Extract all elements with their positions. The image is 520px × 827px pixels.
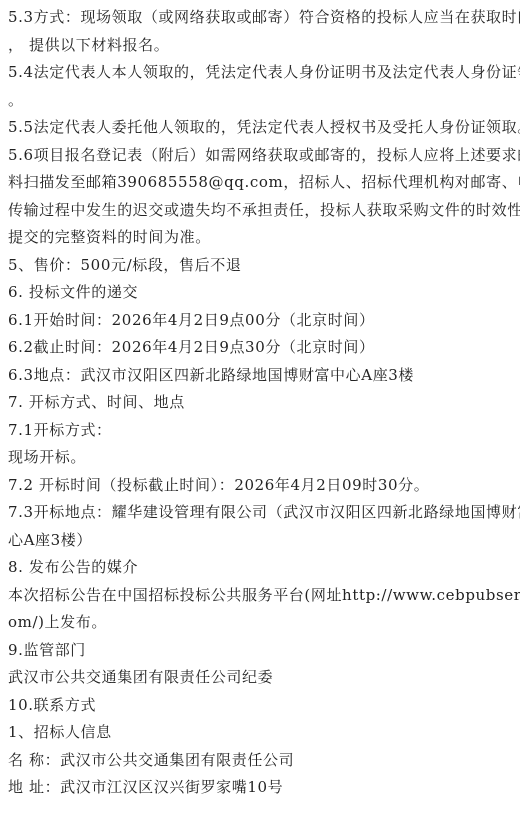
- text-line-5-6-end: 提交的完整资料的时间为准。: [8, 224, 520, 252]
- text-line-tenderer-name: 名 称：武汉市公共交通集团有限责任公司: [8, 747, 520, 775]
- text-line-6-1-start-time: 6.1开始时间：2026年4月2日9点00分（北京时间）: [8, 307, 520, 335]
- section-heading-9: 9.监管部门: [8, 637, 520, 665]
- text-line-6-3-location: 6.3地点：武汉市汉阳区四新北路绿地国博财富中心A座3楼: [8, 362, 520, 390]
- text-line-10-1: 1、招标人信息: [8, 719, 520, 747]
- text-line-5-6-email: 料扫描发至邮箱390685558@qq.com，招标人、招标代理机构对邮寄、电子…: [8, 169, 520, 197]
- section-heading-6: 6. 投标文件的递交: [8, 279, 520, 307]
- text-line-7-1-value: 现场开标。: [8, 444, 520, 472]
- text-line-5-6-cont: 传输过程中发生的迟交或遗失均不承担责任，投标人获取采购文件的时效性以: [8, 197, 520, 225]
- text-line-7-2: 7.2 开标时间（投标截止时间）：2026年4月2日09时30分。: [8, 472, 520, 500]
- section-heading-7: 7. 开标方式、时间、地点: [8, 389, 520, 417]
- text-line-7-3-cont: 心A座3楼）: [8, 527, 520, 555]
- text-line-5-3-method: 5.3方式：现场领取（或网络获取或邮寄）符合资格的投标人应当在获取时间内: [8, 4, 520, 32]
- text-line-tenderer-address: 地 址：武汉市江汉区汉兴街罗家嘴10号: [8, 774, 520, 802]
- text-line-8-cont: om/)上发布。: [8, 609, 520, 637]
- text-line-5-4-cont: 。: [8, 87, 520, 115]
- text-line-7-1: 7.1开标方式：: [8, 417, 520, 445]
- section-heading-8: 8. 发布公告的媒介: [8, 554, 520, 582]
- text-line-7-3: 7.3开标地点：耀华建设管理有限公司（武汉市汉阳区四新北路绿地国博财富中: [8, 499, 520, 527]
- text-line-5-4: 5.4法定代表人本人领取的，凭法定代表人身份证明书及法定代表人身份证领取: [8, 59, 520, 87]
- section-heading-10: 10.联系方式: [8, 692, 520, 720]
- text-line-price: 5、售价：500元/标段，售后不退: [8, 252, 520, 280]
- text-line-5-5: 5.5法定代表人委托他人领取的，凭法定代表人授权书及受托人身份证领取。: [8, 114, 520, 142]
- text-line-5-6: 5.6项目报名登记表（附后）如需网络获取或邮寄的，投标人应将上述要求的材: [8, 142, 520, 170]
- text-line-8-platform: 本次招标公告在中国招标投标公共服务平台(网址http://www.cebpubs…: [8, 582, 520, 610]
- text-line-5-3-cont: ， 提供以下材料报名。: [8, 32, 520, 60]
- text-line-9-supervisor: 武汉市公共交通集团有限责任公司纪委: [8, 664, 520, 692]
- document-body: 5.3方式：现场领取（或网络获取或邮寄）符合资格的投标人应当在获取时间内 ， 提…: [0, 0, 520, 802]
- text-line-6-2-deadline: 6.2截止时间：2026年4月2日9点30分（北京时间）: [8, 334, 520, 362]
